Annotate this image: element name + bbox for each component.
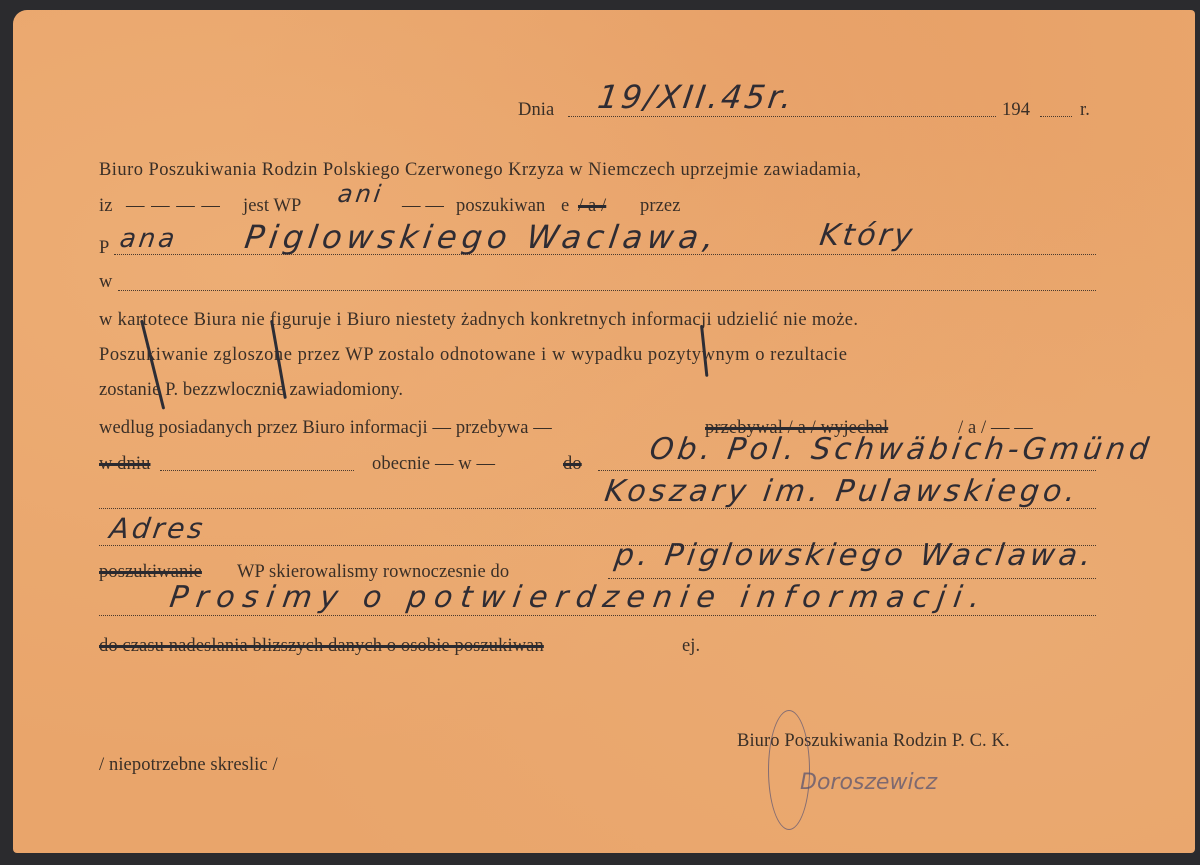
handwritten-request: Prosimy o potwierdzenie informacji. [168, 580, 990, 615]
handwritten-adres: Adres [108, 512, 208, 545]
iz-label: iz [99, 196, 113, 217]
w-dotted-line [118, 290, 1096, 291]
handwritten-date: 19/XII.45r. [595, 78, 797, 116]
w-dniu-struck: w dniu [99, 454, 150, 475]
struck-line: do czasu nadeslania blizszych danych o o… [99, 636, 544, 657]
location-dotted-line-1 [598, 470, 1096, 471]
jest-wp-label: jest WP [243, 196, 301, 217]
p-label: P [99, 238, 109, 259]
year-dots [1040, 116, 1072, 117]
date-suffix: r. [1080, 100, 1090, 121]
slash-a-struck: / a / [578, 196, 606, 217]
do-struck: do [563, 454, 582, 475]
handwritten-location-1: Ob. Pol. Schwäbich-Gmünd [648, 432, 1155, 467]
handwritten-ktory: Który [818, 218, 918, 253]
intro-line: Biuro Poszukiwania Rodzin Polskiego Czer… [99, 160, 861, 181]
date-label: Dnia [518, 100, 554, 121]
dashes-2: — — [402, 196, 444, 217]
date-dotted-line [568, 116, 996, 117]
handwritten-title-ani: ani [336, 180, 386, 208]
ending-e: e [561, 196, 569, 217]
signature: Doroszewicz [800, 770, 937, 795]
body-line-3: zostanie P. bezzwlocznie zawiadomiony. [99, 380, 403, 401]
handwritten-recipient: p. Piglowskiego Waclawa. [613, 538, 1098, 573]
footer-note: / niepotrzebne skreslic / [99, 755, 278, 776]
w-label: w [99, 272, 112, 293]
handwritten-location-2: Koszary im. Pulawskiego. [603, 474, 1082, 509]
body-line-2: Poszukiwanie zgloszone przez WP zostalo … [99, 345, 848, 366]
body-line-1: w kartotece Biura nie figuruje i Biuro n… [99, 310, 858, 331]
request-dotted-line [99, 615, 1096, 616]
przez-label: przez [640, 196, 681, 217]
obecnie-label: obecnie — w — [372, 454, 495, 475]
info-line-start: wedlug posiadanych przez Biuro informacj… [99, 418, 552, 439]
recipient-dotted-line [608, 578, 1096, 579]
struck-line-end: ej. [682, 636, 700, 657]
handwritten-requester-name: Piglowskiego Waclawa, [242, 218, 721, 256]
dashes-1: — — — — [126, 196, 221, 217]
date-dotted-line-2 [160, 470, 354, 471]
poszukiwan-label: poszukiwan [456, 196, 545, 217]
handwritten-title-ana: ana [118, 224, 180, 254]
year-prefix: 194 [1002, 100, 1030, 121]
